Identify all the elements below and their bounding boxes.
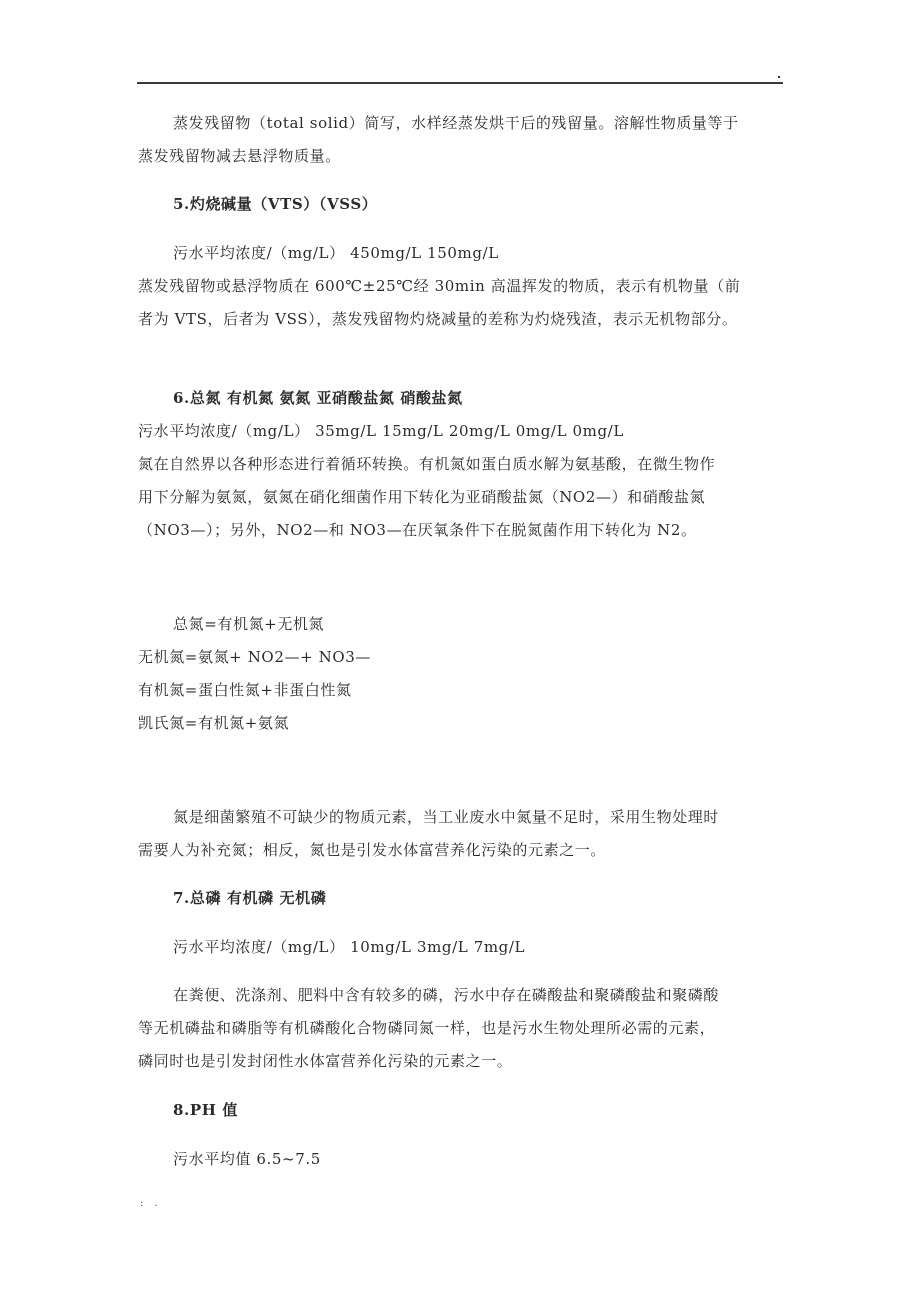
header-mark xyxy=(778,76,780,78)
section-6-desc-line-3: （NO3—）；另外，NO2—和 NO3—在厌氧条件下在脱氮菌作用下转化为 N2。 xyxy=(138,520,697,540)
ts-para-line-1: 蒸发残留物（total solid）简写，水样经蒸发烘干后的残留量。溶解性物质量… xyxy=(173,113,739,133)
section-7-desc-line-2: 等无机磷盐和磷脂等有机磷酸化合物磷同氮一样，也是污水生物处理所必需的元素， xyxy=(138,1018,715,1038)
section-7-concentration: 污水平均浓度/（mg/L） 10mg/L 3mg/L 7mg/L xyxy=(173,937,525,957)
section-5-heading: 5.灼烧碱量（VTS）（VSS） xyxy=(173,194,377,214)
document-page: 蒸发残留物（total solid）简写，水样经蒸发烘干后的残留量。溶解性物质量… xyxy=(0,0,920,1302)
footer-mark: : . xyxy=(140,1198,162,1209)
formula-kjeldahl-nitrogen: 凯氏氮=有机氮+氨氮 xyxy=(138,713,289,733)
section-5-desc-line-1: 蒸发残留物或悬浮物质在 600℃±25℃经 30min 高温挥发的物质，表示有机… xyxy=(138,276,740,296)
section-6-note-line-2: 需要人为补充氮；相反，氮也是引发水体富营养化污染的元素之一。 xyxy=(138,840,606,860)
section-6-concentration: 污水平均浓度/（mg/L） 35mg/L 15mg/L 20mg/L 0mg/L… xyxy=(138,421,624,441)
section-8-value: 污水平均值 6.5~7.5 xyxy=(173,1149,321,1169)
formula-organic-nitrogen: 有机氮=蛋白性氮+非蛋白性氮 xyxy=(138,680,352,700)
formula-inorganic-nitrogen: 无机氮=氨氮+ NO2—+ NO3— xyxy=(138,647,371,667)
header-rule xyxy=(137,82,783,84)
section-6-heading: 6.总氮 有机氮 氨氮 亚硝酸盐氮 硝酸盐氮 xyxy=(173,388,463,408)
section-7-heading: 7.总磷 有机磷 无机磷 xyxy=(173,888,326,908)
section-6-note-line-1: 氮是细菌繁殖不可缺少的物质元素，当工业废水中氮量不足时，采用生物处理时 xyxy=(173,807,719,827)
ts-para-line-2: 蒸发残留物减去悬浮物质量。 xyxy=(138,146,341,166)
section-8-heading: 8.PH 值 xyxy=(173,1100,238,1120)
formula-total-nitrogen: 总氮=有机氮+无机氮 xyxy=(173,614,324,634)
section-7-desc-line-1: 在粪便、洗涤剂、肥料中含有较多的磷，污水中存在磷酸盐和聚磷酸盐和聚磷酸 xyxy=(173,985,719,1005)
section-6-desc-line-2: 用下分解为氨氮，氨氮在硝化细菌作用下转化为亚硝酸盐氮（NO2—）和硝酸盐氮 xyxy=(138,487,705,507)
section-5-desc-line-2: 者为 VTS，后者为 VSS），蒸发残留物灼烧减量的差称为灼烧残渣，表示无机物部… xyxy=(138,309,737,329)
section-6-desc-line-1: 氮在自然界以各种形态进行着循环转换。有机氮如蛋白质水解为氨基酸，在微生物作 xyxy=(138,454,715,474)
section-7-desc-line-3: 磷同时也是引发封闭性水体富营养化污染的元素之一。 xyxy=(138,1051,512,1071)
section-5-concentration: 污水平均浓度/（mg/L） 450mg/L 150mg/L xyxy=(173,243,499,263)
